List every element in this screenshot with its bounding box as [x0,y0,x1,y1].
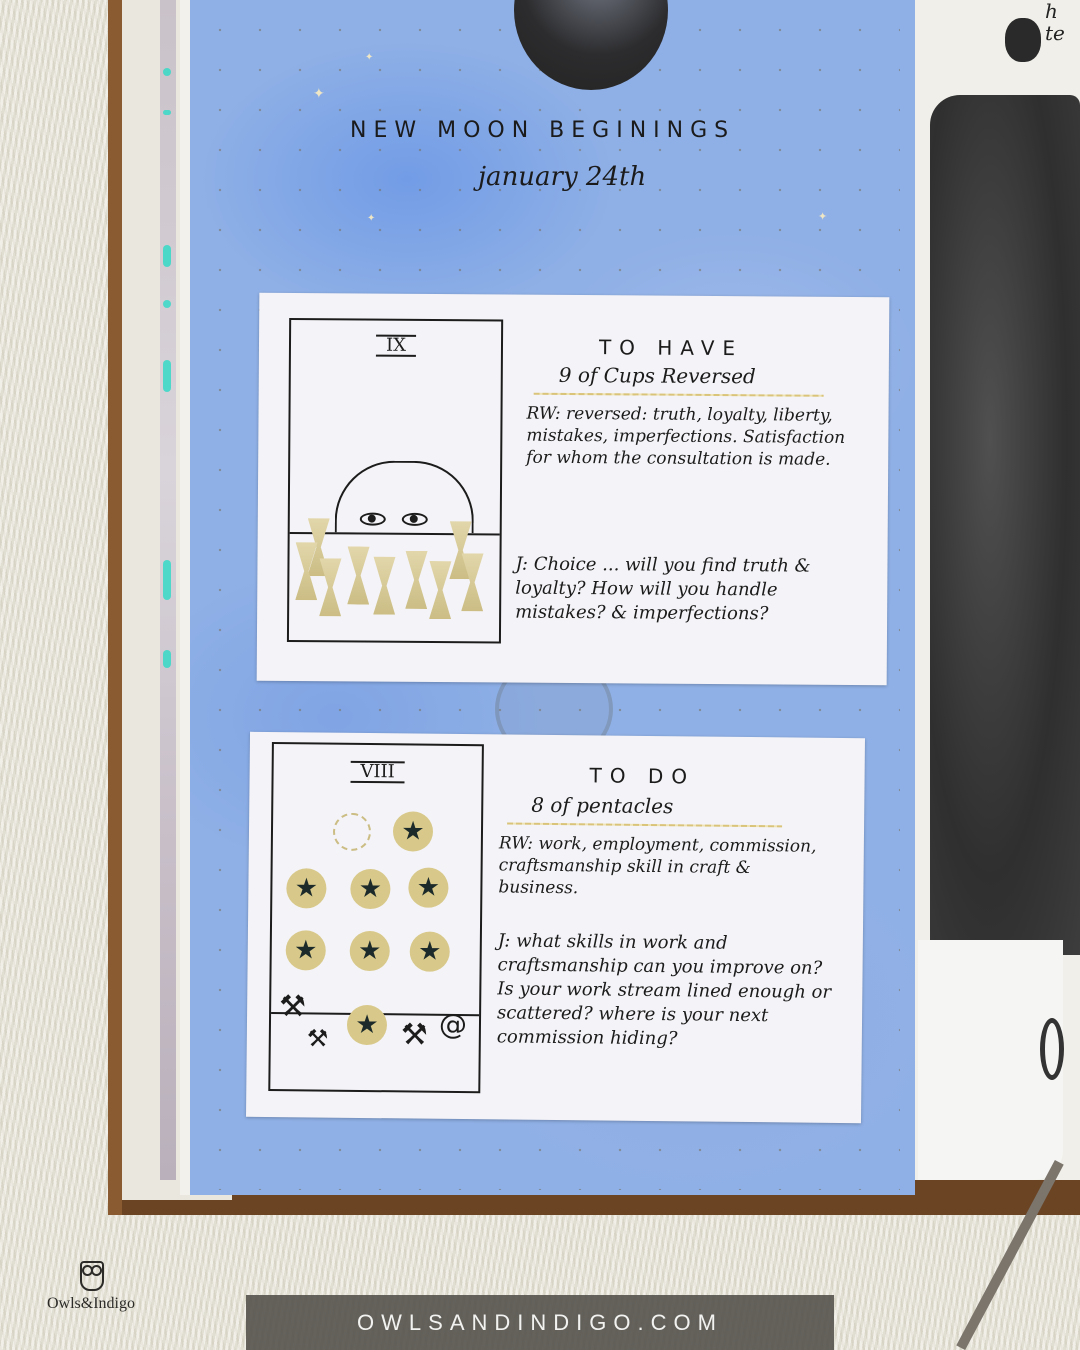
journal-prompt-text: J: what skills in work and craftsmanship… [497,929,838,1053]
card-numeral: IX [291,334,501,357]
foil-sparkle [163,560,171,600]
card-numeral: VIII [274,760,482,784]
chisel-tools-icon: ⚒ [401,1017,428,1052]
gold-star-icon: ✦ [365,52,373,63]
card-subheading: 8 of pentacles [531,793,673,818]
website-url[interactable]: OWLSANDINDIGO.COM [357,1310,723,1336]
journal-prompt-text: J: Choice ... will you find truth & loya… [515,553,845,627]
gold-star-icon: ✦ [367,213,375,224]
logo-text: Owls&Indigo [36,1295,146,1313]
owl-icon [77,1255,105,1289]
leather-cover-edge [108,0,122,1215]
gold-star-icon: ✦ [313,86,325,102]
pentacle-icon: ★ [350,869,390,909]
rw-meaning-text: RW: work, employment, commission, crafts… [498,832,834,902]
foil-sparkle [163,68,171,76]
eight-of-pentacles-drawing: VIII ★ ★ ★ ★ ★ ★ ★ ★ ⚒ ⚒ ⚒ @ [268,742,484,1093]
spiral-shaving-icon: @ [439,1008,467,1041]
website-banner[interactable]: OWLSANDINDIGO.COM [246,1295,834,1350]
cup-icon [373,557,395,615]
page-date: january 24th [478,162,646,192]
foil-sparkle [163,360,171,392]
gold-underline [507,822,782,827]
cup-icon [405,551,427,609]
pentacle-icon: ★ [410,931,450,971]
cup-icon [461,553,483,611]
foil-sparkle [163,650,171,668]
pentacle-icon: ★ [286,930,326,970]
cup-icon [429,561,451,619]
ink-wash-painting [930,95,1080,955]
tarot-note-card-to-have: IX TO HAVE 9 of Cups Reversed RW: revers… [257,293,890,685]
ink-ring-drawing [1040,1018,1064,1080]
pentacle-icon: ★ [286,868,326,908]
owls-and-indigo-logo[interactable]: Owls&Indigo [36,1255,146,1313]
cup-icon [347,546,369,604]
pentacle-icon: ★ [393,811,433,851]
card-heading: TO DO [589,763,695,788]
pentacle-icon: ★ [347,1005,387,1045]
pentacle-icon: ★ [350,931,390,971]
card-heading: TO HAVE [599,335,743,360]
page-title: NEW MOON BEGININGS [350,118,850,143]
hammer-tools-icon: ⚒ [279,989,306,1024]
tarot-note-card-to-do: VIII ★ ★ ★ ★ ★ ★ ★ ★ ⚒ ⚒ ⚒ @ TO DO 8 of … [246,732,865,1123]
nine-of-cups-drawing: IX [287,318,503,643]
right-page-handwriting: hte [1045,0,1065,44]
foil-sparkle [163,245,171,267]
gold-underline [534,393,824,397]
gold-star-icon: ✦ [818,210,827,223]
foil-sparkle [163,300,171,308]
empty-pentacle-outline [333,813,371,851]
foil-sparkle [163,110,171,115]
figure-eye [360,513,386,526]
card-subheading: 9 of Cups Reversed [559,363,756,388]
rw-meaning-text: RW: reversed: truth, loyalty, liberty, m… [526,403,846,471]
pentacle-icon: ★ [408,867,448,907]
cup-icon [319,558,341,616]
small-ink-moon [1005,18,1041,62]
tools-icon: ⚒ [307,1024,329,1052]
figure-eye [402,513,428,526]
